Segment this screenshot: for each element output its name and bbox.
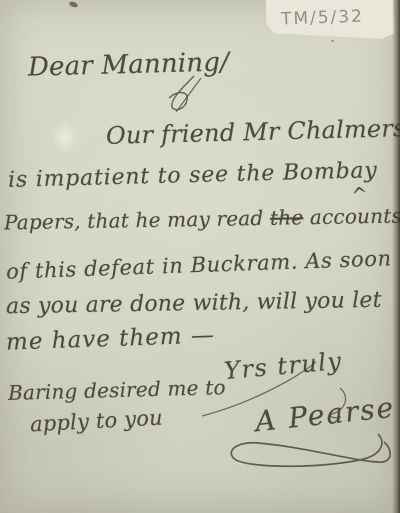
- postscript-line-1: Baring desired me to: [8, 375, 226, 405]
- postscript-line-2: apply to you: [29, 406, 163, 437]
- body-line-3-suffix: accounts: [303, 204, 400, 230]
- ink-speck: [68, 1, 78, 9]
- body-line-1: Our friend Mr Chalmers: [106, 114, 400, 150]
- body-line-3-struck-word: the: [270, 205, 304, 230]
- signature-flourish: [226, 432, 396, 470]
- paper-smudge: [52, 120, 78, 154]
- body-line-3-prefix: Papers, that he may read: [4, 206, 270, 235]
- body-line-3: Papers, that he may read the accounts: [4, 204, 400, 235]
- body-line-6: me have them —: [6, 322, 216, 355]
- pencil-dot: [331, 40, 334, 42]
- insertion-caret: ^: [351, 183, 370, 207]
- body-line-4: of this defeat in Buckram. As soon: [6, 246, 392, 283]
- archival-reference: TM/5/32: [281, 7, 365, 30]
- body-line-2: is impatient to see the Bombay: [8, 158, 378, 193]
- page-edge-shadow: [392, 0, 400, 513]
- body-line-5: as you are done with, will you let: [6, 288, 382, 320]
- letter-photo: TM/5/32 Dear Manning/ Our friend Mr Chal…: [0, 0, 400, 513]
- salutation-flourish: [160, 74, 206, 114]
